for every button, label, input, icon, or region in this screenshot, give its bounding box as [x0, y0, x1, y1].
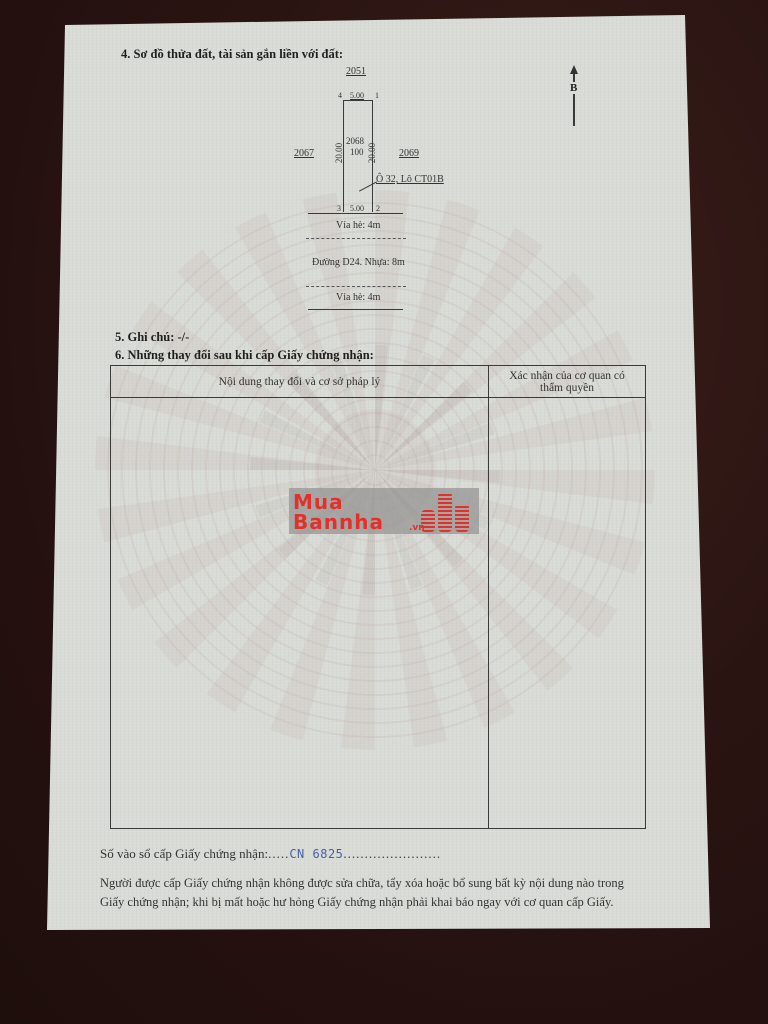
sidewalk-bottom-label: Vỉa hè: 4m — [336, 292, 380, 303]
corner-1: 1 — [375, 91, 379, 100]
left-length: 20.00 — [334, 143, 344, 163]
watermark-line2: Bannha — [293, 510, 384, 534]
corner-3: 3 — [337, 204, 341, 213]
registry-line: Số vào sổ cấp Giấy chứng nhận:.....CN 68… — [100, 846, 441, 862]
registry-label: Số vào sổ cấp Giấy chứng nhận: — [100, 846, 268, 861]
muabannha-watermark: Mua Bannha .vn — [289, 488, 479, 534]
parcel-north-label: 2051 — [346, 66, 366, 77]
column-header-content: Nội dung thay đổi và cơ sở pháp lý — [111, 366, 489, 398]
section-5-note: 5. Ghi chú: -/- — [115, 330, 189, 345]
corner-2: 2 — [376, 204, 380, 213]
section-6-title: 6. Những thay đổi sau khi cấp Giấy chứng… — [115, 348, 374, 363]
lot-label: Ô 32, Lô CT01B — [376, 174, 444, 185]
bottom-width: 5.00 — [350, 204, 364, 213]
parcel-area: 100 — [350, 147, 364, 157]
notice-line-2: Giấy chứng nhận; khi bị mất hoặc hư hỏng… — [100, 893, 614, 912]
sidewalk-top-label: Vỉa hè: 4m — [336, 220, 380, 231]
parcel-east-label: 2069 — [399, 148, 419, 159]
road-edge-bottom — [306, 286, 406, 287]
changes-table: Nội dung thay đổi và cơ sở pháp lý Xác n… — [110, 365, 646, 829]
column-header-confirmation: Xác nhận của cơ quan có thẩm quyền — [489, 366, 646, 398]
section-4-title: 4. Sơ đồ thửa đất, tài sản gắn liền với … — [121, 47, 343, 62]
right-length: 20.00 — [367, 143, 377, 163]
parcel-number: 2068 — [346, 136, 364, 146]
confirmation-cell — [489, 398, 646, 829]
registry-number-handwritten: CN 6825 — [289, 847, 343, 861]
road-label: Đường D24. Nhựa: 8m — [312, 257, 405, 268]
changes-content-cell — [111, 398, 489, 829]
photo-frame: 4. Sơ đồ thửa đất, tài sản gắn liền với … — [0, 0, 768, 1024]
property-boundary-line — [308, 213, 403, 214]
corner-4: 4 — [338, 91, 342, 100]
notice-line-1: Người được cấp Giấy chứng nhận không đượ… — [100, 874, 624, 893]
sidewalk-outer-line — [308, 309, 403, 310]
north-arrow-label: B — [569, 82, 578, 94]
certificate-page: 4. Sơ đồ thửa đất, tài sản gắn liền với … — [0, 0, 768, 1024]
top-width: 5.00 — [350, 91, 364, 100]
road-edge-top — [306, 238, 406, 239]
parcel-top-edge — [343, 100, 373, 101]
parcel-west-label: 2067 — [294, 148, 314, 159]
